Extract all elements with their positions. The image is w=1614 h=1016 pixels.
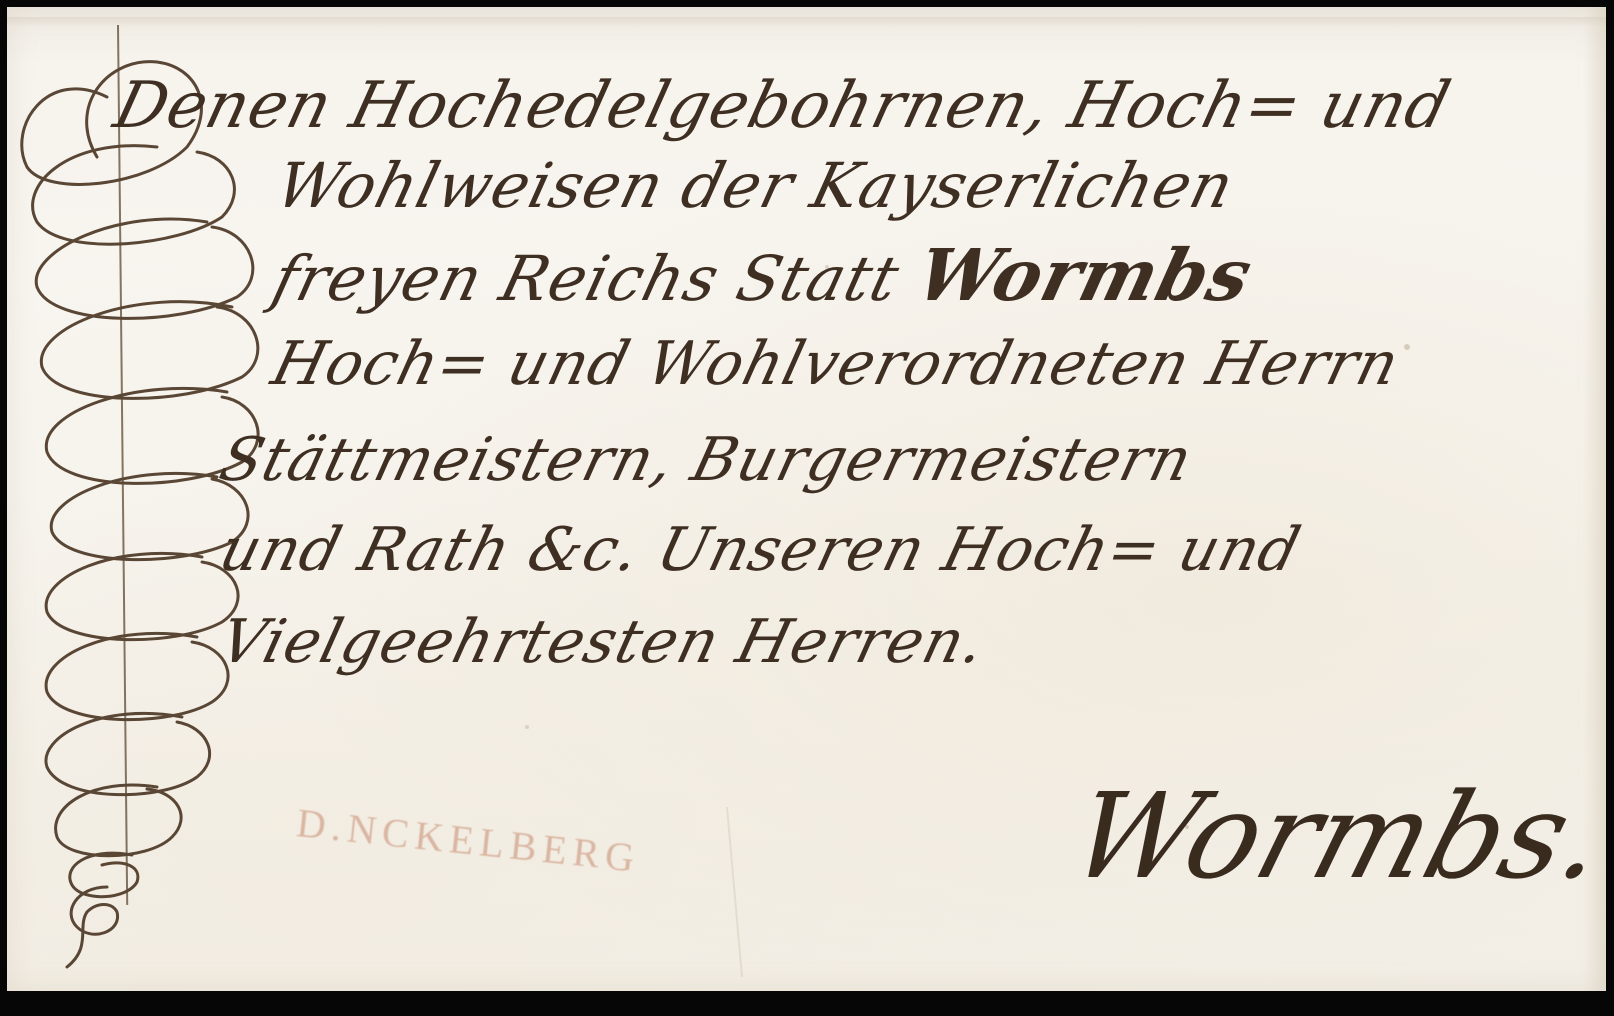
address-line-1: Denen Hochedelgebohrnen, Hoch= und [107,69,1458,143]
address-line-7: Vielgeehrtesten Herren. [213,607,993,677]
address-line-3-text: freyen Reichs Statt [265,242,906,315]
destination-city: Wormbs. [1057,767,1614,905]
scan-border: Denen Hochedelgebohrnen, Hoch= und Wohlw… [0,0,1614,1016]
address-city-name: Wormbs [909,233,1261,317]
address-line-5: Stättmeistern, Burgermeistern [213,425,1199,495]
letter-paper: Denen Hochedelgebohrnen, Hoch= und Wohlw… [7,7,1606,991]
address-line-3: freyen Reichs Statt Wormbs [265,233,1261,317]
address-line-4: Hoch= und Wohlverordneten Herrn [265,329,1406,399]
postmark-stamp: D.NCKELBERG [295,799,643,882]
calligraphic-flourish-icon [7,7,307,997]
address-line-2: Wohlweisen der Kayserlichen [269,149,1242,222]
address-line-6: und Rath &c. Unseren Hoch= und [213,515,1308,585]
